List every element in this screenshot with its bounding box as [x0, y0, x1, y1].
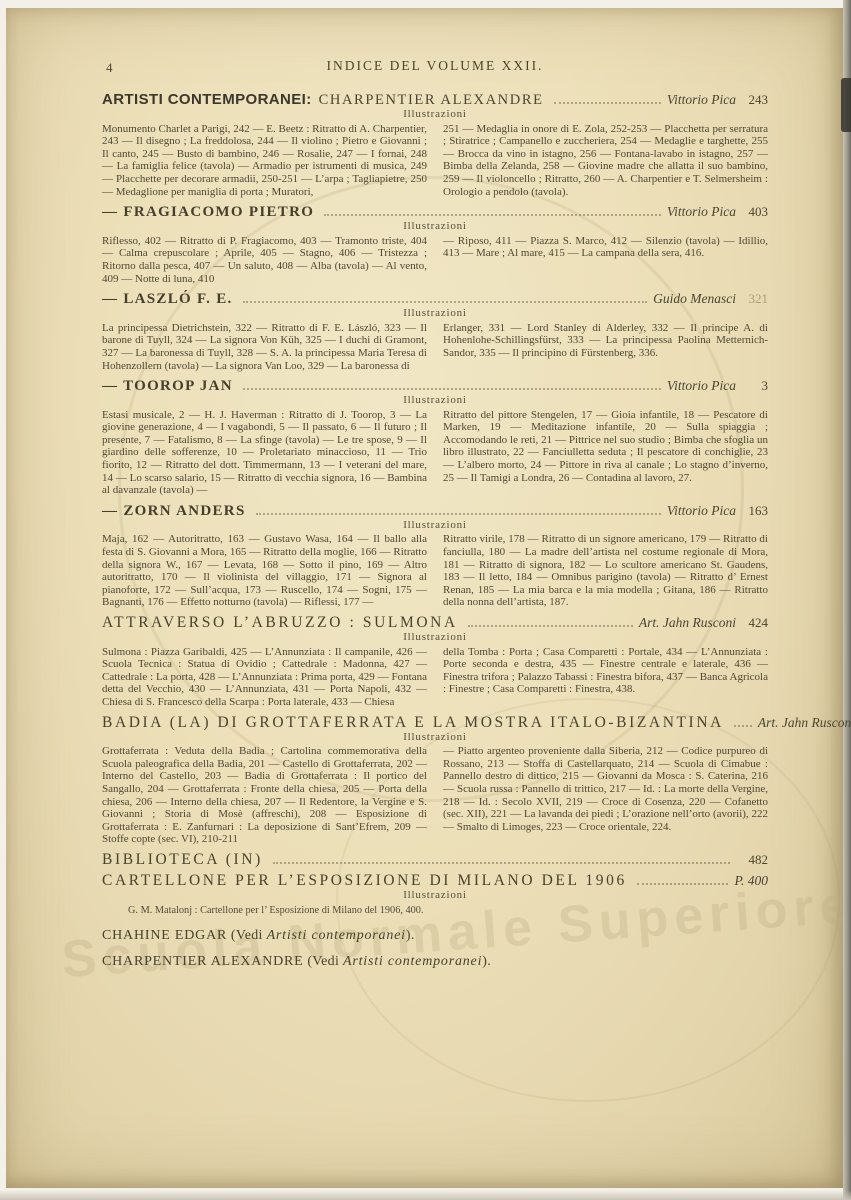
illustrations-label: Illustrazioni	[102, 108, 768, 121]
volume-title: INDICE DEL VOLUME XXII.	[102, 60, 768, 73]
entry-author: Art. Jahn Rusconi	[639, 617, 736, 630]
scan-edge-right	[843, 0, 851, 1200]
illustrations-label: Illustrazioni	[102, 889, 768, 902]
entry-column-right: — Piatto argenteo proveniente dalla Sibe…	[443, 745, 768, 846]
entry-name: CHARPENTIER ALEXANDRE	[102, 954, 304, 969]
index-entry-laszlo: — LASZLÓ F. E. Guido Menasci 321 Illustr…	[102, 293, 768, 372]
entry-heading: ATTRAVERSO L’ABRUZZO : SULMONA Art. Jahn…	[102, 617, 768, 630]
scan-dark-mark	[841, 78, 851, 132]
scan-edge-bottom	[0, 1190, 851, 1200]
scanned-page: Scuola Normale Superiore 4 INDICE DEL VO…	[6, 8, 843, 1188]
entry-author: Vittorio Pica	[667, 94, 736, 107]
entry-column-left: Grottaferrata : Veduta della Badia ; Car…	[102, 745, 427, 846]
entry-title: — TOOROP JAN	[102, 380, 233, 393]
entry-column-right: Erlanger, 331 — Lord Stanley di Alderley…	[443, 322, 768, 372]
entry-heading: — LASZLÓ F. E. Guido Menasci 321	[102, 293, 768, 306]
cross-ref-target: Artisti contemporanei	[343, 954, 482, 969]
entry-heading: BIBLIOTECA (IN) 482	[102, 854, 768, 867]
index-entry-chahine: CHAHINE EDGAR (Vedi Artisti contemporane…	[102, 930, 768, 943]
entry-page-ref: 424	[744, 617, 768, 630]
entry-column-right: della Tomba : Porta ; Casa Comparetti : …	[443, 646, 768, 709]
illustration-note: G. M. Matalonj : Cartellone per l’ Espos…	[128, 905, 768, 918]
entry-title: — LASZLÓ F. E.	[102, 293, 233, 306]
entry-heading: — FRAGIACOMO PIETRO Vittorio Pica 403	[102, 206, 768, 219]
illustrations-label: Illustrazioni	[102, 394, 768, 407]
entry-columns: Riflesso, 402 — Ritratto di P. Fragiacom…	[102, 235, 768, 285]
cross-ref-post: ).	[406, 928, 415, 943]
index-entry-toorop: — TOOROP JAN Vittorio Pica 3 Illustrazio…	[102, 380, 768, 497]
entry-column-right: — Riposo, 411 — Piazza S. Marco, 412 — S…	[443, 235, 768, 285]
entry-title: — FRAGIACOMO PIETRO	[102, 206, 314, 219]
entry-heading: CARTELLONE PER L’ESPOSIZIONE DI MILANO D…	[102, 875, 768, 888]
dotted-leader	[554, 102, 661, 104]
dotted-leader	[324, 214, 661, 216]
entry-page-ref: 321	[744, 293, 768, 306]
index-entry-sulmona: ATTRAVERSO L’ABRUZZO : SULMONA Art. Jahn…	[102, 617, 768, 709]
entry-column-right: Ritratto del pittore Stengelen, 17 — Gio…	[443, 409, 768, 497]
index-entry-cartellone: CARTELLONE PER L’ESPOSIZIONE DI MILANO D…	[102, 875, 768, 917]
dotted-leader	[468, 625, 633, 627]
entry-columns: La principessa Dietrichstein, 322 — Ritr…	[102, 322, 768, 372]
entry-column-right: 251 — Medaglia in onore di E. Zola, 252-…	[443, 123, 768, 199]
cross-ref-target: Artisti contemporanei	[267, 928, 406, 943]
illustrations-label: Illustrazioni	[102, 731, 768, 744]
entry-column-left: Monumento Charlet a Parigi, 242 — E. Bee…	[102, 123, 427, 199]
entry-title: BIBLIOTECA (IN)	[102, 854, 263, 867]
entry-column-left: Sulmona : Piazza Garibaldi, 425 — L’Annu…	[102, 646, 427, 709]
entry-column-left: La principessa Dietrichstein, 322 — Ritr…	[102, 322, 427, 372]
entry-columns: Sulmona : Piazza Garibaldi, 425 — L’Annu…	[102, 646, 768, 709]
illustrations-label: Illustrazioni	[102, 220, 768, 233]
entry-author: Vittorio Pica	[667, 380, 736, 393]
entry-author: Art. Jahn Rusconi	[758, 717, 851, 730]
dotted-leader	[256, 513, 661, 515]
cross-ref-pre: (Vedi	[227, 928, 266, 943]
entry-title: BADIA (LA) DI GROTTAFERRATA E LA MOSTRA …	[102, 717, 724, 730]
entry-column-left: Riflesso, 402 — Ritratto di P. Fragiacom…	[102, 235, 427, 285]
index-content: 4 INDICE DEL VOLUME XXII. ARTISTI CONTEM…	[102, 60, 768, 968]
entry-page-ref: 403	[744, 206, 768, 219]
entry-title: — ZORN ANDERS	[102, 505, 246, 518]
illustrations-label: Illustrazioni	[102, 631, 768, 644]
dotted-leader	[273, 862, 730, 864]
entry-title-main: ARTISTI CONTEMPORANEI:	[102, 91, 312, 108]
entry-title: CARTELLONE PER L’ESPOSIZIONE DI MILANO D…	[102, 875, 627, 888]
entry-heading: BADIA (LA) DI GROTTAFERRATA E LA MOSTRA …	[102, 717, 768, 730]
entry-columns: Estasi musicale, 2 — H. J. Haverman : Ri…	[102, 409, 768, 497]
entry-page-ref: 163	[744, 505, 768, 518]
entry-page-prefix: P. 400	[734, 875, 768, 888]
entry-column-left: Maja, 162 — Autoritratto, 163 — Gustavo …	[102, 533, 427, 609]
index-entry-zorn: — ZORN ANDERS Vittorio Pica 163 Illustra…	[102, 505, 768, 609]
entry-column-left: Estasi musicale, 2 — H. J. Haverman : Ri…	[102, 409, 427, 497]
entry-page-ref: 3	[744, 380, 768, 393]
entry-columns: Grottaferrata : Veduta della Badia ; Car…	[102, 745, 768, 846]
entry-page-ref: 243	[744, 94, 768, 107]
entry-column-right: Ritratto virile, 178 — Ritratto di un si…	[443, 533, 768, 609]
entry-title: ARTISTI CONTEMPORANEI:CHARPENTIER ALEXAN…	[102, 94, 544, 107]
illustrations-label: Illustrazioni	[102, 519, 768, 532]
entry-author: Guido Menasci	[653, 293, 736, 306]
entry-heading: ARTISTI CONTEMPORANEI:CHARPENTIER ALEXAN…	[102, 94, 768, 107]
index-entry-charpentier-ref: CHARPENTIER ALEXANDRE (Vedi Artisti cont…	[102, 956, 768, 969]
illustrations-label: Illustrazioni	[102, 307, 768, 320]
entry-author: Vittorio Pica	[667, 505, 736, 518]
entry-author: Vittorio Pica	[667, 206, 736, 219]
entry-title: ATTRAVERSO L’ABRUZZO : SULMONA	[102, 617, 458, 630]
entry-name: CHAHINE EDGAR	[102, 928, 227, 943]
entry-heading: — ZORN ANDERS Vittorio Pica 163	[102, 505, 768, 518]
cross-ref-pre: (Vedi	[304, 954, 343, 969]
dotted-leader	[243, 301, 648, 303]
entry-title-sub: CHARPENTIER ALEXANDRE	[319, 92, 544, 108]
dotted-leader	[243, 388, 661, 390]
page-header: 4 INDICE DEL VOLUME XXII.	[102, 60, 768, 78]
entry-heading: — TOOROP JAN Vittorio Pica 3	[102, 380, 768, 393]
index-entry-charpentier: ARTISTI CONTEMPORANEI:CHARPENTIER ALEXAN…	[102, 94, 768, 198]
index-entry-biblioteca: BIBLIOTECA (IN) 482	[102, 854, 768, 867]
index-entry-badia: BADIA (LA) DI GROTTAFERRATA E LA MOSTRA …	[102, 717, 768, 846]
entry-page-ref: 482	[744, 854, 768, 867]
cross-ref-post: ).	[482, 954, 491, 969]
index-entry-fragiacomo: — FRAGIACOMO PIETRO Vittorio Pica 403 Il…	[102, 206, 768, 285]
entry-columns: Monumento Charlet a Parigi, 242 — E. Bee…	[102, 123, 768, 199]
entry-columns: Maja, 162 — Autoritratto, 163 — Gustavo …	[102, 533, 768, 609]
dotted-leader	[734, 725, 752, 727]
dotted-leader	[637, 883, 729, 885]
